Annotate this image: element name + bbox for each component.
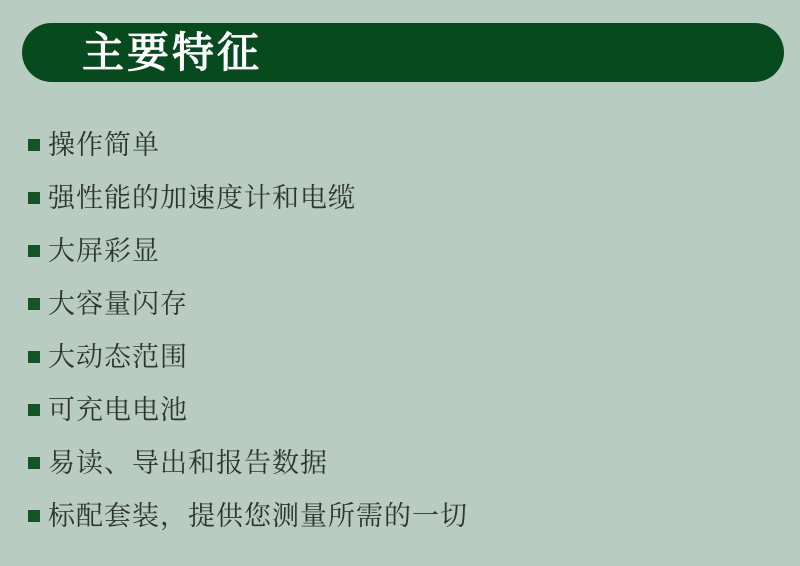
page-title: 主要特征	[22, 32, 262, 74]
bullet-square-icon	[28, 298, 40, 310]
feature-label: 大动态范围	[48, 343, 188, 371]
bullet-square-icon	[28, 404, 40, 416]
list-item: 大屏彩显	[28, 237, 468, 265]
feature-label: 可充电电池	[48, 396, 188, 424]
feature-label: 大屏彩显	[48, 237, 160, 265]
list-item: 易读、导出和报告数据	[28, 449, 468, 477]
page: { "colors": { "page_bg": "#b9ccc1", "hea…	[0, 0, 800, 566]
feature-list: 操作简单 强性能的加速度计和电缆 大屏彩显 大容量闪存 大动态范围 可充电电池 …	[28, 131, 468, 555]
bullet-square-icon	[28, 351, 40, 363]
bullet-square-icon	[28, 245, 40, 257]
feature-label: 大容量闪存	[48, 290, 188, 318]
header-bar: 主要特征	[22, 23, 784, 82]
feature-label: 标配套装，提供您测量所需的一切	[48, 502, 468, 530]
bullet-square-icon	[28, 192, 40, 204]
list-item: 可充电电池	[28, 396, 468, 424]
feature-label: 强性能的加速度计和电缆	[48, 184, 356, 212]
list-item: 标配套装，提供您测量所需的一切	[28, 502, 468, 530]
feature-label: 操作简单	[48, 131, 160, 159]
feature-label: 易读、导出和报告数据	[48, 449, 328, 477]
bullet-square-icon	[28, 457, 40, 469]
list-item: 大容量闪存	[28, 290, 468, 318]
list-item: 大动态范围	[28, 343, 468, 371]
list-item: 操作简单	[28, 131, 468, 159]
bullet-square-icon	[28, 510, 40, 522]
list-item: 强性能的加速度计和电缆	[28, 184, 468, 212]
bullet-square-icon	[28, 139, 40, 151]
